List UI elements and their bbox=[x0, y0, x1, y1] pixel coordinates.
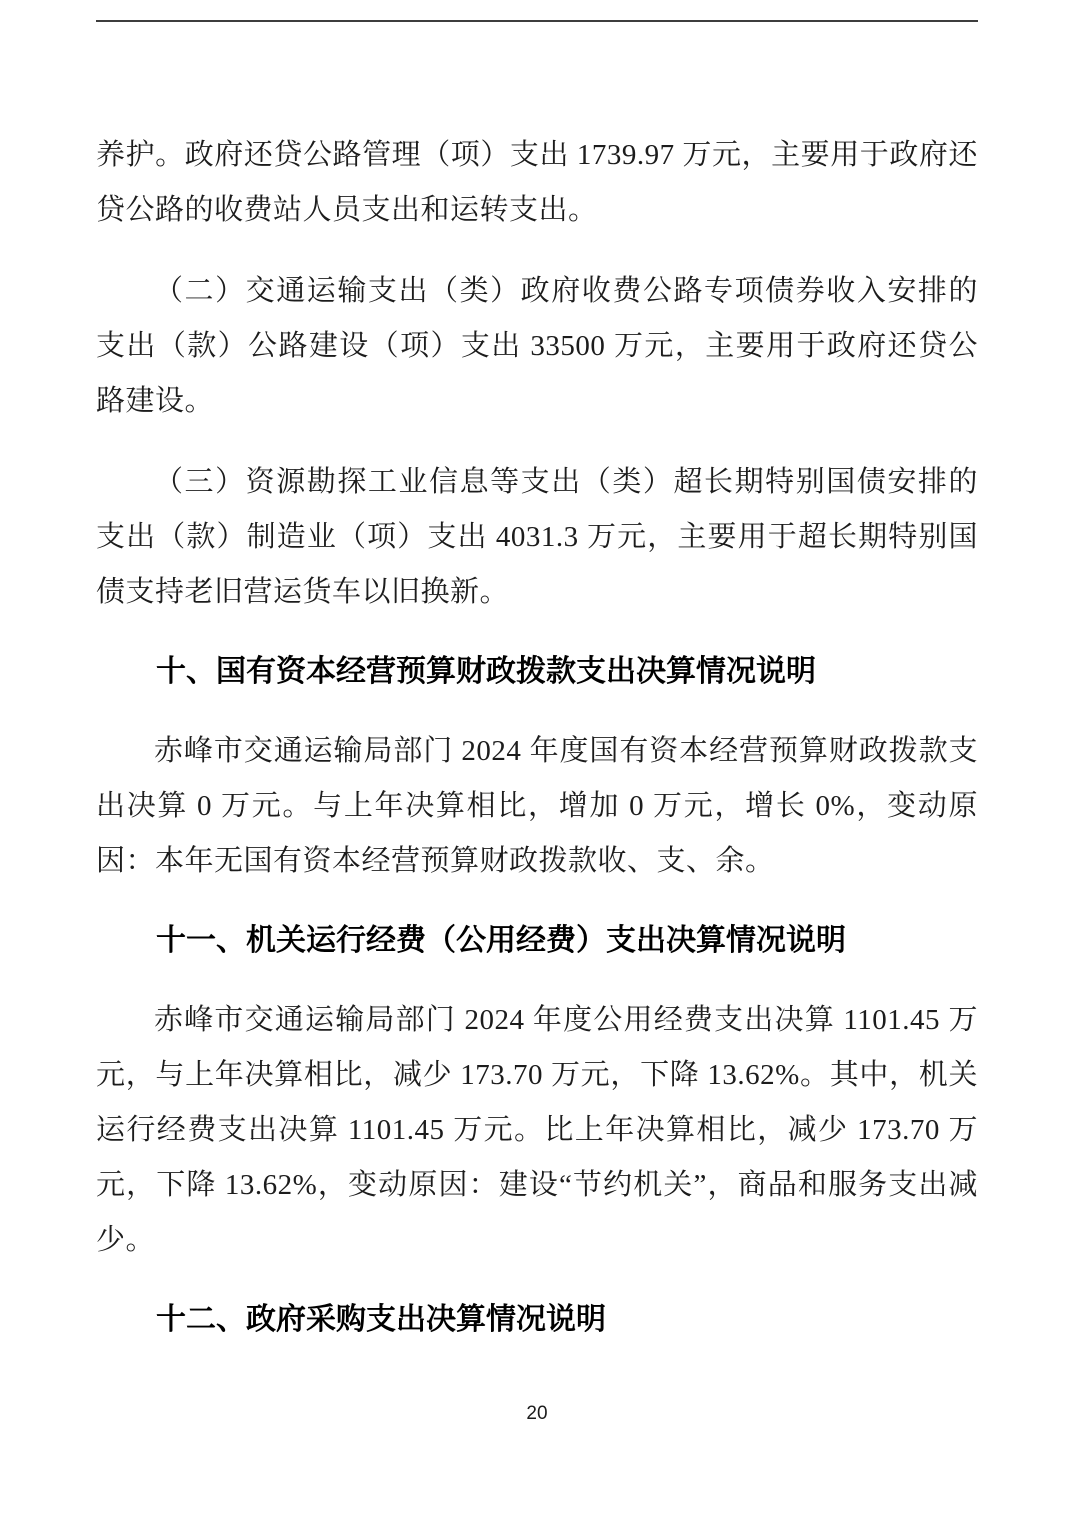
document-page: 养护。政府还贷公路管理（项）支出 1739.97 万元，主要用于政府还贷公路的收… bbox=[0, 0, 1074, 1520]
paragraph-item-3-manufacturing: （三）资源勘探工业信息等支出（类）超长期特别国债安排的支出（款）制造业（项）支出… bbox=[96, 455, 978, 620]
paragraph-state-capital-budget-detail: 赤峰市交通运输局部门 2024 年度国有资本经营预算财政拨款支出决算 0 万元。… bbox=[96, 724, 978, 889]
section-heading-10-state-capital-budget: 十、国有资本经营预算财政拨款支出决算情况说明 bbox=[96, 646, 978, 698]
paragraph-operating-expenses-detail: 赤峰市交通运输局部门 2024 年度公用经费支出决算 1101.45 万元，与上… bbox=[96, 993, 978, 1268]
page-number: 20 bbox=[0, 1403, 1074, 1425]
paragraph-item-2-highway-construction: （二）交通运输支出（类）政府收费公路专项债券收入安排的支出（款）公路建设（项）支… bbox=[96, 264, 978, 429]
document-body: 养护。政府还贷公路管理（项）支出 1739.97 万元，主要用于政府还贷公路的收… bbox=[96, 0, 978, 1372]
section-heading-12-government-procurement: 十二、政府采购支出决算情况说明 bbox=[96, 1294, 978, 1346]
paragraph-toll-road-management: 养护。政府还贷公路管理（项）支出 1739.97 万元，主要用于政府还贷公路的收… bbox=[96, 128, 978, 238]
section-heading-11-operating-expenses: 十一、机关运行经费（公用经费）支出决算情况说明 bbox=[96, 915, 978, 967]
